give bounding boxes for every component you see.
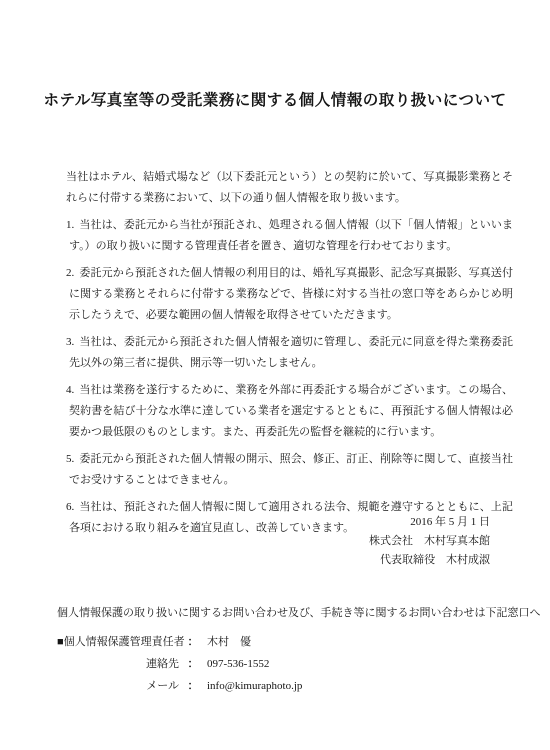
contact-intro: 個人情報保護の取り扱いに関するお問い合わせ及び、手続き等に関するお問い合わせは下… xyxy=(57,605,517,621)
item-number: 2. xyxy=(66,267,79,279)
policy-item-1: 1.当社は、委託元から当社が預託され、処理される個人情報（以下「個人情報」といい… xyxy=(69,215,513,257)
policy-item-2: 2.委託元から預託された個人情報の利用目的は、婚礼写真撮影、記念写真撮影、写真送… xyxy=(69,263,513,326)
contact-separator: ： xyxy=(186,631,200,653)
contact-label: ■個人情報保護管理責任者 xyxy=(57,631,179,653)
item-text: 委託元から預託された個人情報の利用目的は、婚礼写真撮影、記念写真撮影、写真送付に… xyxy=(69,267,513,321)
policy-item-3: 3.当社は、委託元から預託された個人情報を適切に管理し、委託元に同意を得た業務委… xyxy=(69,332,513,374)
contact-manager-name: 木村 優 xyxy=(207,631,251,653)
policy-item-4: 4.当社は業務を遂行するために、業務を外部に再委託する場合がございます。この場合… xyxy=(69,380,513,443)
item-number: 6. xyxy=(66,501,79,513)
item-text: 委託元から預託された個人情報の開示、照会、修正、訂正、削除等に関して、直接当社で… xyxy=(69,453,513,486)
policy-item-5: 5.委託元から預託された個人情報の開示、照会、修正、訂正、削除等に関して、直接当… xyxy=(69,449,513,491)
signature-representative: 代表取締役 木村成淑 xyxy=(369,551,490,570)
signature-date: 2016 年 5 月 1 日 xyxy=(369,513,490,532)
document-page: ホテル写真室等の受託業務に関する個人情報の取り扱いについて 当社はホテル、結婚式… xyxy=(0,0,550,750)
policy-list: 1.当社は、委託元から当社が預託され、処理される個人情報（以下「個人情報」といい… xyxy=(69,215,513,545)
contact-phone-number: 097-536-1552 xyxy=(207,653,269,675)
item-number: 3. xyxy=(66,336,79,348)
signature-block: 2016 年 5 月 1 日 株式会社 木村写真本館 代表取締役 木村成淑 xyxy=(369,513,490,570)
item-number: 1. xyxy=(66,219,79,231)
signature-company: 株式会社 木村写真本館 xyxy=(369,532,490,551)
contact-row-phone: 連絡先 ： 097-536-1552 xyxy=(57,653,517,675)
item-number: 5. xyxy=(66,453,79,465)
contact-separator: ： xyxy=(186,653,200,675)
document-title: ホテル写真室等の受託業務に関する個人情報の取り扱いについて xyxy=(20,88,530,110)
contact-label: メール xyxy=(57,675,179,697)
contact-row-manager: ■個人情報保護管理責任者 ： 木村 優 xyxy=(57,631,517,653)
item-text: 当社は、委託元から預託された個人情報を適切に管理し、委託元に同意を得た業務委託先… xyxy=(69,336,513,369)
contact-row-email: メール ： info@kimuraphoto.jp xyxy=(57,675,517,697)
contact-block: 個人情報保護の取り扱いに関するお問い合わせ及び、手続き等に関するお問い合わせは下… xyxy=(57,605,517,697)
item-text: 当社は業務を遂行するために、業務を外部に再委託する場合がございます。この場合、契… xyxy=(69,384,513,438)
item-number: 4. xyxy=(66,384,79,396)
intro-paragraph: 当社はホテル、結婚式場など（以下委託元という）との契約に於いて、写真撮影業務とそ… xyxy=(66,167,513,209)
item-text: 当社は、委託元から当社が預託され、処理される個人情報（以下「個人情報」といいます… xyxy=(69,219,513,252)
contact-label: 連絡先 xyxy=(57,653,179,675)
contact-email-address: info@kimuraphoto.jp xyxy=(207,675,302,697)
contact-separator: ： xyxy=(186,675,200,697)
